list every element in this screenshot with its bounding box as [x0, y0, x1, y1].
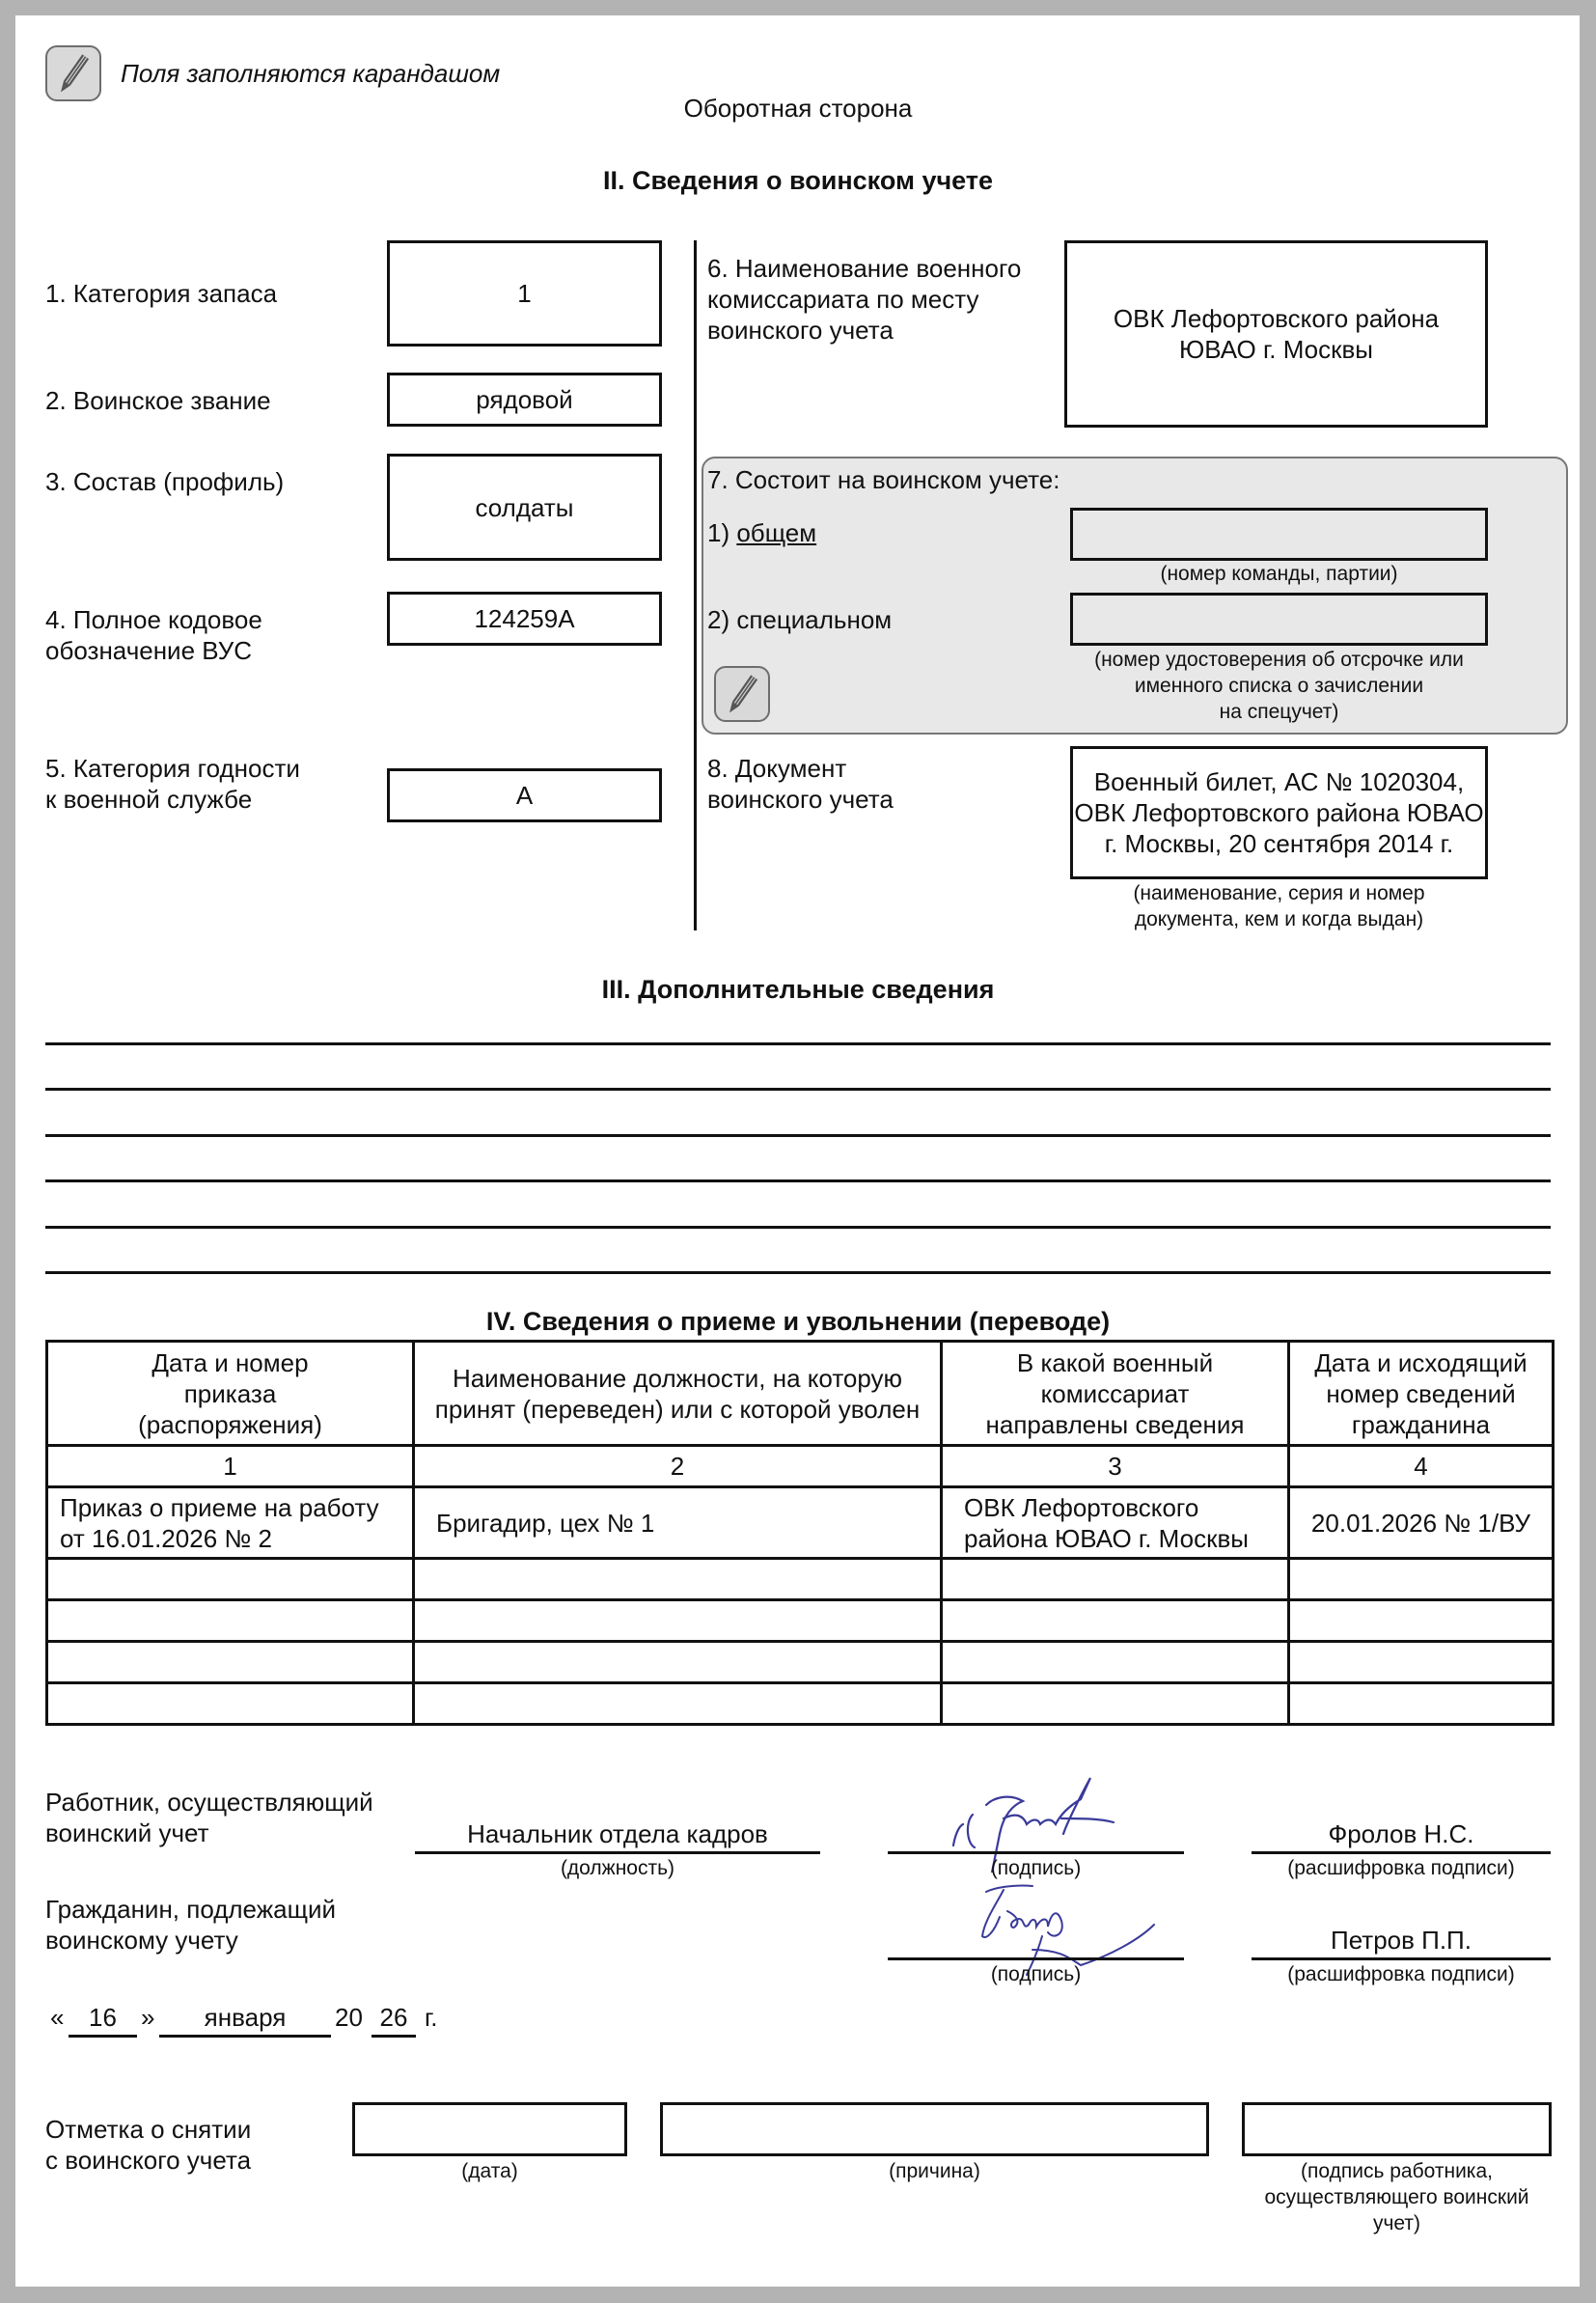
citizen-label-line1: Гражданин, подлежащий: [45, 1894, 336, 1925]
table-row: [47, 1600, 1554, 1642]
field4-vus-code[interactable]: 124259А: [387, 592, 662, 646]
section3-title: III. Дополнительные сведения: [0, 975, 1596, 1005]
field6-label-line1: 6. Наименование военного: [707, 253, 1021, 284]
field6-commissariat[interactable]: ОВК Лефортовского района ЮВАО г. Москвы: [1064, 240, 1488, 428]
field3-value: солдаты: [475, 492, 573, 523]
field8-label-line2: воинского учета: [707, 784, 894, 815]
position-cell[interactable]: [414, 1559, 942, 1600]
field6-label-line2: комиссариата по месту: [707, 284, 978, 315]
commissariat-cell[interactable]: [942, 1683, 1289, 1725]
field1-value: 1: [517, 278, 531, 309]
signature-hint: (подпись): [888, 1961, 1184, 1987]
commissariat-cell[interactable]: [942, 1559, 1289, 1600]
date-day-line: [69, 2035, 137, 2038]
field8-document[interactable]: Военный билет, АС № 1020304, ОВК Лефорто…: [1070, 746, 1488, 879]
commissariat-cell[interactable]: [942, 1642, 1289, 1683]
outgoing-number-cell[interactable]: 20.01.2026 № 1/ВУ: [1289, 1487, 1554, 1559]
citizen-signature-line[interactable]: [888, 1957, 1184, 1960]
field1-label: 1. Категория запаса: [45, 278, 277, 309]
field3-label: 3. Состав (профиль): [45, 466, 284, 497]
date-suffix: г.: [425, 2002, 438, 2033]
section2-title: II. Сведения о воинском учете: [0, 166, 1596, 196]
field2-label: 2. Воинское звание: [45, 385, 271, 416]
employment-table: Дата и номерприказа(распоряжения) Наимен…: [45, 1340, 1555, 1726]
field5-value: А: [516, 780, 533, 811]
commissariat-cell[interactable]: ОВК Лефортовскогорайона ЮВАО г. Москвы: [942, 1487, 1289, 1559]
field7-general-hint: (номер команды, партии): [1070, 561, 1488, 587]
field7-general-label: 1) общем: [707, 517, 816, 548]
deregistration-sign-hint-line1: (подпись работника,: [1242, 2158, 1552, 2184]
worker-position-value[interactable]: Начальник отдела кадров: [415, 1818, 820, 1849]
field7-general-input[interactable]: [1070, 508, 1488, 561]
date-year[interactable]: 26: [371, 2002, 416, 2033]
date-year-line: [371, 2035, 416, 2038]
table-row: [47, 1642, 1554, 1683]
column-number: 2: [414, 1446, 942, 1487]
notes-line-1[interactable]: [45, 1042, 1551, 1045]
order-cell[interactable]: [47, 1683, 414, 1725]
position-cell[interactable]: Бригадир, цех № 1: [414, 1487, 942, 1559]
date-close-quote: »: [141, 2002, 154, 2033]
worker-position-line: [415, 1851, 820, 1854]
column-number: 1: [47, 1446, 414, 1487]
date-century: 20: [335, 2002, 363, 2033]
deregistration-date-hint: (дата): [352, 2158, 627, 2184]
field6-label-line3: воинского учета: [707, 315, 894, 346]
notes-line-2[interactable]: [45, 1088, 1551, 1091]
header-cell-1: Дата и номерприказа(распоряжения): [47, 1342, 414, 1446]
date-month[interactable]: января: [159, 2002, 331, 2033]
page-side-title: Оборотная сторона: [0, 93, 1596, 124]
position-cell[interactable]: [414, 1642, 942, 1683]
field5-label-line2: к военной службе: [45, 784, 252, 815]
decode-hint: (расшифровка подписи): [1252, 1961, 1551, 1987]
order-cell[interactable]: [47, 1600, 414, 1642]
outgoing-number-cell[interactable]: [1289, 1600, 1554, 1642]
commissariat-cell[interactable]: [942, 1600, 1289, 1642]
column-divider: [694, 240, 697, 930]
field8-value-line1: Военный билет, АС № 1020304,: [1094, 766, 1464, 797]
pencil-icon: [714, 666, 770, 722]
citizen-name-line: [1252, 1957, 1551, 1960]
worker-name[interactable]: Фролов Н.С.: [1252, 1818, 1551, 1849]
date-month-line: [159, 2035, 331, 2038]
position-cell[interactable]: [414, 1683, 942, 1725]
deregistration-label-line1: Отметка о снятии: [45, 2114, 251, 2145]
field5-fitness-category[interactable]: А: [387, 768, 662, 822]
order-cell[interactable]: Приказ о приеме на работуот 16.01.2026 №…: [47, 1487, 414, 1559]
field4-value: 124259А: [474, 603, 574, 634]
column-number: 3: [942, 1446, 1289, 1487]
notes-line-5[interactable]: [45, 1226, 1551, 1229]
field4-label-line2: обозначение ВУС: [45, 635, 252, 666]
header-cell-4: Дата и исходящийномер сведенийгражданина: [1289, 1342, 1554, 1446]
deregistration-sign-hint-line2: осуществляющего воинский: [1242, 2184, 1552, 2210]
deregistration-sign-hint-line3: учет): [1242, 2210, 1552, 2236]
field2-value: рядовой: [476, 384, 572, 415]
field4-label-line1: 4. Полное кодовое: [45, 604, 262, 635]
field7-special-hint-line1: (номер удостоверения об отсрочке или: [1070, 647, 1488, 673]
field8-value-line3: г. Москвы, 20 сентября 2014 г.: [1105, 828, 1453, 859]
citizen-label-line2: воинскому учету: [45, 1925, 238, 1956]
field8-value-line2: ОВК Лефортовского района ЮВАО: [1074, 797, 1483, 828]
field8-label-line1: 8. Документ: [707, 753, 846, 784]
field7-special-hint-line2: именного списка о зачислении: [1070, 673, 1488, 699]
deregistration-sign-field[interactable]: [1242, 2102, 1552, 2156]
table-header-row: Дата и номерприказа(распоряжения) Наимен…: [47, 1342, 1554, 1446]
field7-special-label: 2) специальном: [707, 604, 892, 635]
worker-label-line1: Работник, осуществляющий: [45, 1787, 373, 1817]
notes-line-3[interactable]: [45, 1134, 1551, 1137]
deregistration-reason-hint: (причина): [660, 2158, 1209, 2184]
table-row: [47, 1683, 1554, 1725]
column-number-row: 1 2 3 4: [47, 1446, 1554, 1487]
field7-special-input[interactable]: [1070, 593, 1488, 646]
outgoing-number-cell[interactable]: [1289, 1683, 1554, 1725]
notes-line-6[interactable]: [45, 1271, 1551, 1274]
worker-name-line: [1252, 1851, 1551, 1854]
column-number: 4: [1289, 1446, 1554, 1487]
field8-hint-line2: документа, кем и когда выдан): [1070, 906, 1488, 932]
notes-line-4[interactable]: [45, 1179, 1551, 1182]
outgoing-number-cell[interactable]: [1289, 1642, 1554, 1683]
outgoing-number-cell[interactable]: [1289, 1559, 1554, 1600]
header-cell-2: Наименование должности, на которуюпринят…: [414, 1342, 942, 1446]
header-cell-3: В какой военныйкомиссариатнаправлены све…: [942, 1342, 1289, 1446]
worker-label-line2: воинский учет: [45, 1817, 209, 1848]
field6-value-line2: ЮВАО г. Москвы: [1179, 334, 1373, 365]
worker-signature-line[interactable]: [888, 1851, 1184, 1854]
field7-special-hint-line3: на спецучет): [1070, 699, 1488, 725]
field6-value-line1: ОВК Лефортовского района: [1114, 303, 1439, 334]
citizen-name[interactable]: Петров П.П.: [1252, 1925, 1551, 1956]
field3-composition[interactable]: солдаты: [387, 454, 662, 561]
field7-label: 7. Состоит на воинском учете:: [707, 464, 1059, 495]
pencil-note: Поля заполняются карандашом: [121, 58, 500, 89]
field7-general-word: общем: [736, 518, 816, 547]
order-cell[interactable]: [47, 1642, 414, 1683]
field7-general-prefix: 1): [707, 518, 736, 547]
table-row: [47, 1559, 1554, 1600]
field1-reserve-category[interactable]: 1: [387, 240, 662, 347]
field2-military-rank[interactable]: рядовой: [387, 373, 662, 427]
decode-hint: (расшифровка подписи): [1252, 1855, 1551, 1881]
table-row: Приказ о приеме на работуот 16.01.2026 №…: [47, 1487, 1554, 1559]
field8-hint-line1: (наименование, серия и номер: [1070, 880, 1488, 906]
position-hint: (должность): [415, 1855, 820, 1881]
date-day[interactable]: 16: [69, 2002, 137, 2033]
deregistration-reason-field[interactable]: [660, 2102, 1209, 2156]
deregistration-label-line2: с воинского учета: [45, 2145, 251, 2176]
deregistration-date-field[interactable]: [352, 2102, 627, 2156]
signature-hint: (подпись): [888, 1855, 1184, 1881]
order-cell[interactable]: [47, 1559, 414, 1600]
section4-title: IV. Сведения о приеме и увольнении (пере…: [0, 1307, 1596, 1337]
position-cell[interactable]: [414, 1600, 942, 1642]
field5-label-line1: 5. Категория годности: [45, 753, 300, 784]
date-open-quote: «: [50, 2002, 64, 2033]
